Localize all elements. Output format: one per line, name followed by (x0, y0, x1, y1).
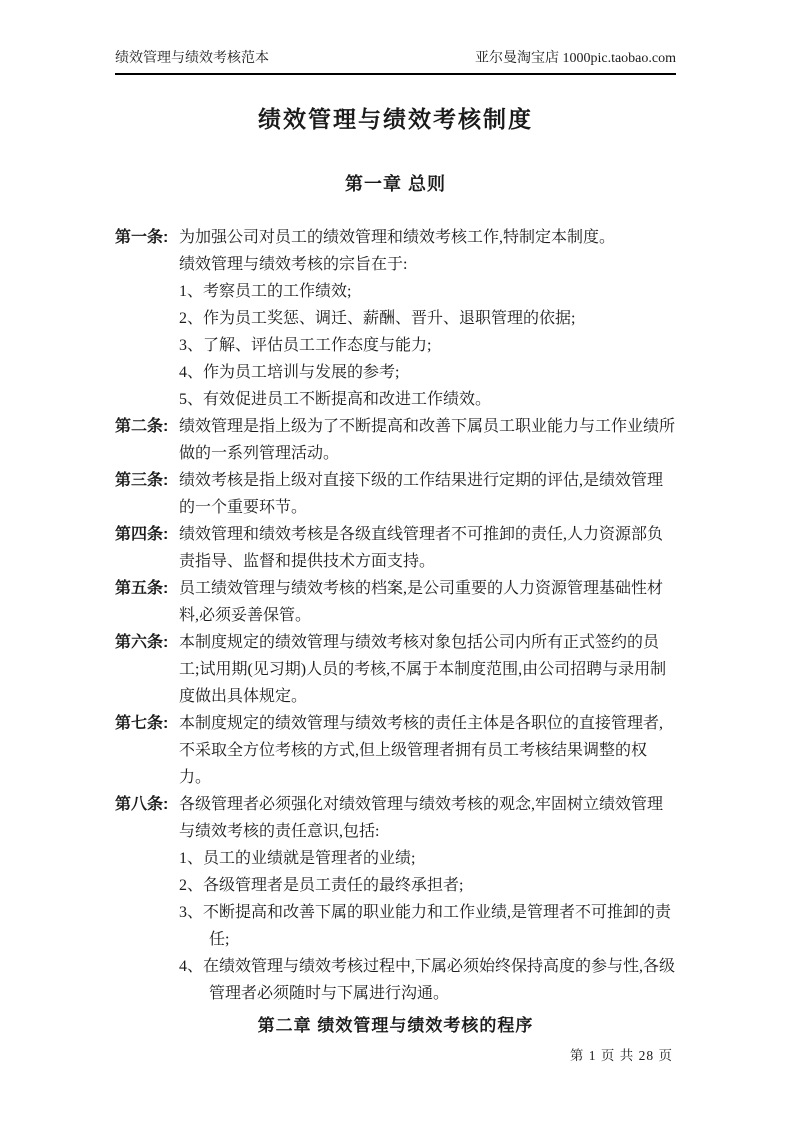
article-1-label: 第一条: (115, 224, 179, 251)
article-8-item: 2、各级管理者是员工责任的最终承担者; (115, 872, 676, 899)
article-1-item: 5、有效促进员工不断提高和改进工作绩效。 (115, 386, 676, 413)
header-divider (115, 73, 676, 75)
article-1-item: 3、了解、评估员工工作态度与能力; (115, 332, 676, 359)
article-1-body: 为加强公司对员工的绩效管理和绩效考核工作,特制定本制度。 (179, 229, 615, 246)
article-4-label: 第四条: (115, 521, 179, 548)
chapter-2-heading: 第二章 绩效管理与绩效考核的程序 (115, 1012, 676, 1039)
article-8-item: 1、员工的业绩就是管理者的业绩; (115, 845, 676, 872)
header-right-text: 亚尔曼淘宝店 1000pic.taobao.com (475, 50, 676, 68)
article-8-label: 第八条: (115, 791, 179, 818)
article-4: 第四条:绩效管理和绩效考核是各级直线管理者不可推卸的责任,人力资源部负责指导、监… (115, 521, 676, 575)
article-8-body: 各级管理者必须强化对绩效管理与绩效考核的观念,牢固树立绩效管理与绩效考核的责任意… (179, 796, 663, 840)
article-6: 第六条:本制度规定的绩效管理与绩效考核对象包括公司内所有正式签约的员工;试用期(… (115, 629, 676, 710)
article-3: 第三条:绩效考核是指上级对直接下级的工作结果进行定期的评估,是绩效管理的一个重要… (115, 467, 676, 521)
article-7-body: 本制度规定的绩效管理与绩效考核的责任主体是各职位的直接管理者,不采取全方位考核的… (179, 715, 663, 786)
article-2-label: 第二条: (115, 413, 179, 440)
article-1-intro: 绩效管理与绩效考核的宗旨在于: (115, 251, 676, 278)
article-1-item: 4、作为员工培训与发展的参考; (115, 359, 676, 386)
article-7-label: 第七条: (115, 710, 179, 737)
page-content: 绩效管理与绩效考核范本 亚尔曼淘宝店 1000pic.taobao.com 绩效… (0, 0, 793, 1039)
article-2-body: 绩效管理是指上级为了不断提高和改善下属员工职业能力与工作业绩所做的一系列管理活动… (179, 418, 675, 462)
article-6-label: 第六条: (115, 629, 179, 656)
article-3-label: 第三条: (115, 467, 179, 494)
article-6-body: 本制度规定的绩效管理与绩效考核对象包括公司内所有正式签约的员工;试用期(见习期)… (179, 634, 666, 705)
article-5-label: 第五条: (115, 575, 179, 602)
article-8-item: 3、不断提高和改善下属的职业能力和工作业绩,是管理者不可推卸的责任; (115, 899, 676, 953)
article-1: 第一条:为加强公司对员工的绩效管理和绩效考核工作,特制定本制度。 (115, 224, 676, 251)
article-1-item: 2、作为员工奖惩、调迁、薪酬、晋升、退职管理的依据; (115, 305, 676, 332)
article-5-body: 员工绩效管理与绩效考核的档案,是公司重要的人力资源管理基础性材料,必须妥善保管。 (179, 580, 663, 624)
header-left-text: 绩效管理与绩效考核范本 (115, 50, 269, 68)
page-number-footer: 第 1 页 共 28 页 (570, 1044, 673, 1064)
article-8-item: 4、在绩效管理与绩效考核过程中,下属必须始终保持高度的参与性,各级管理者必须随时… (115, 953, 676, 1007)
chapter-1-heading: 第一章 总则 (115, 170, 676, 196)
document-body: 第一条:为加强公司对员工的绩效管理和绩效考核工作,特制定本制度。 绩效管理与绩效… (115, 224, 676, 1039)
article-5: 第五条:员工绩效管理与绩效考核的档案,是公司重要的人力资源管理基础性材料,必须妥… (115, 575, 676, 629)
document-page: 绩效管理与绩效考核范本 亚尔曼淘宝店 1000pic.taobao.com 绩效… (0, 0, 793, 1122)
article-8: 第八条:各级管理者必须强化对绩效管理与绩效考核的观念,牢固树立绩效管理与绩效考核… (115, 791, 676, 845)
article-3-body: 绩效考核是指上级对直接下级的工作结果进行定期的评估,是绩效管理的一个重要环节。 (179, 472, 663, 516)
article-2: 第二条:绩效管理是指上级为了不断提高和改善下属员工职业能力与工作业绩所做的一系列… (115, 413, 676, 467)
document-title: 绩效管理与绩效考核制度 (115, 101, 676, 134)
article-4-body: 绩效管理和绩效考核是各级直线管理者不可推卸的责任,人力资源部负责指导、监督和提供… (179, 526, 663, 570)
article-7: 第七条:本制度规定的绩效管理与绩效考核的责任主体是各职位的直接管理者,不采取全方… (115, 710, 676, 791)
article-1-item: 1、考察员工的工作绩效; (115, 278, 676, 305)
page-header: 绩效管理与绩效考核范本 亚尔曼淘宝店 1000pic.taobao.com (115, 50, 676, 68)
